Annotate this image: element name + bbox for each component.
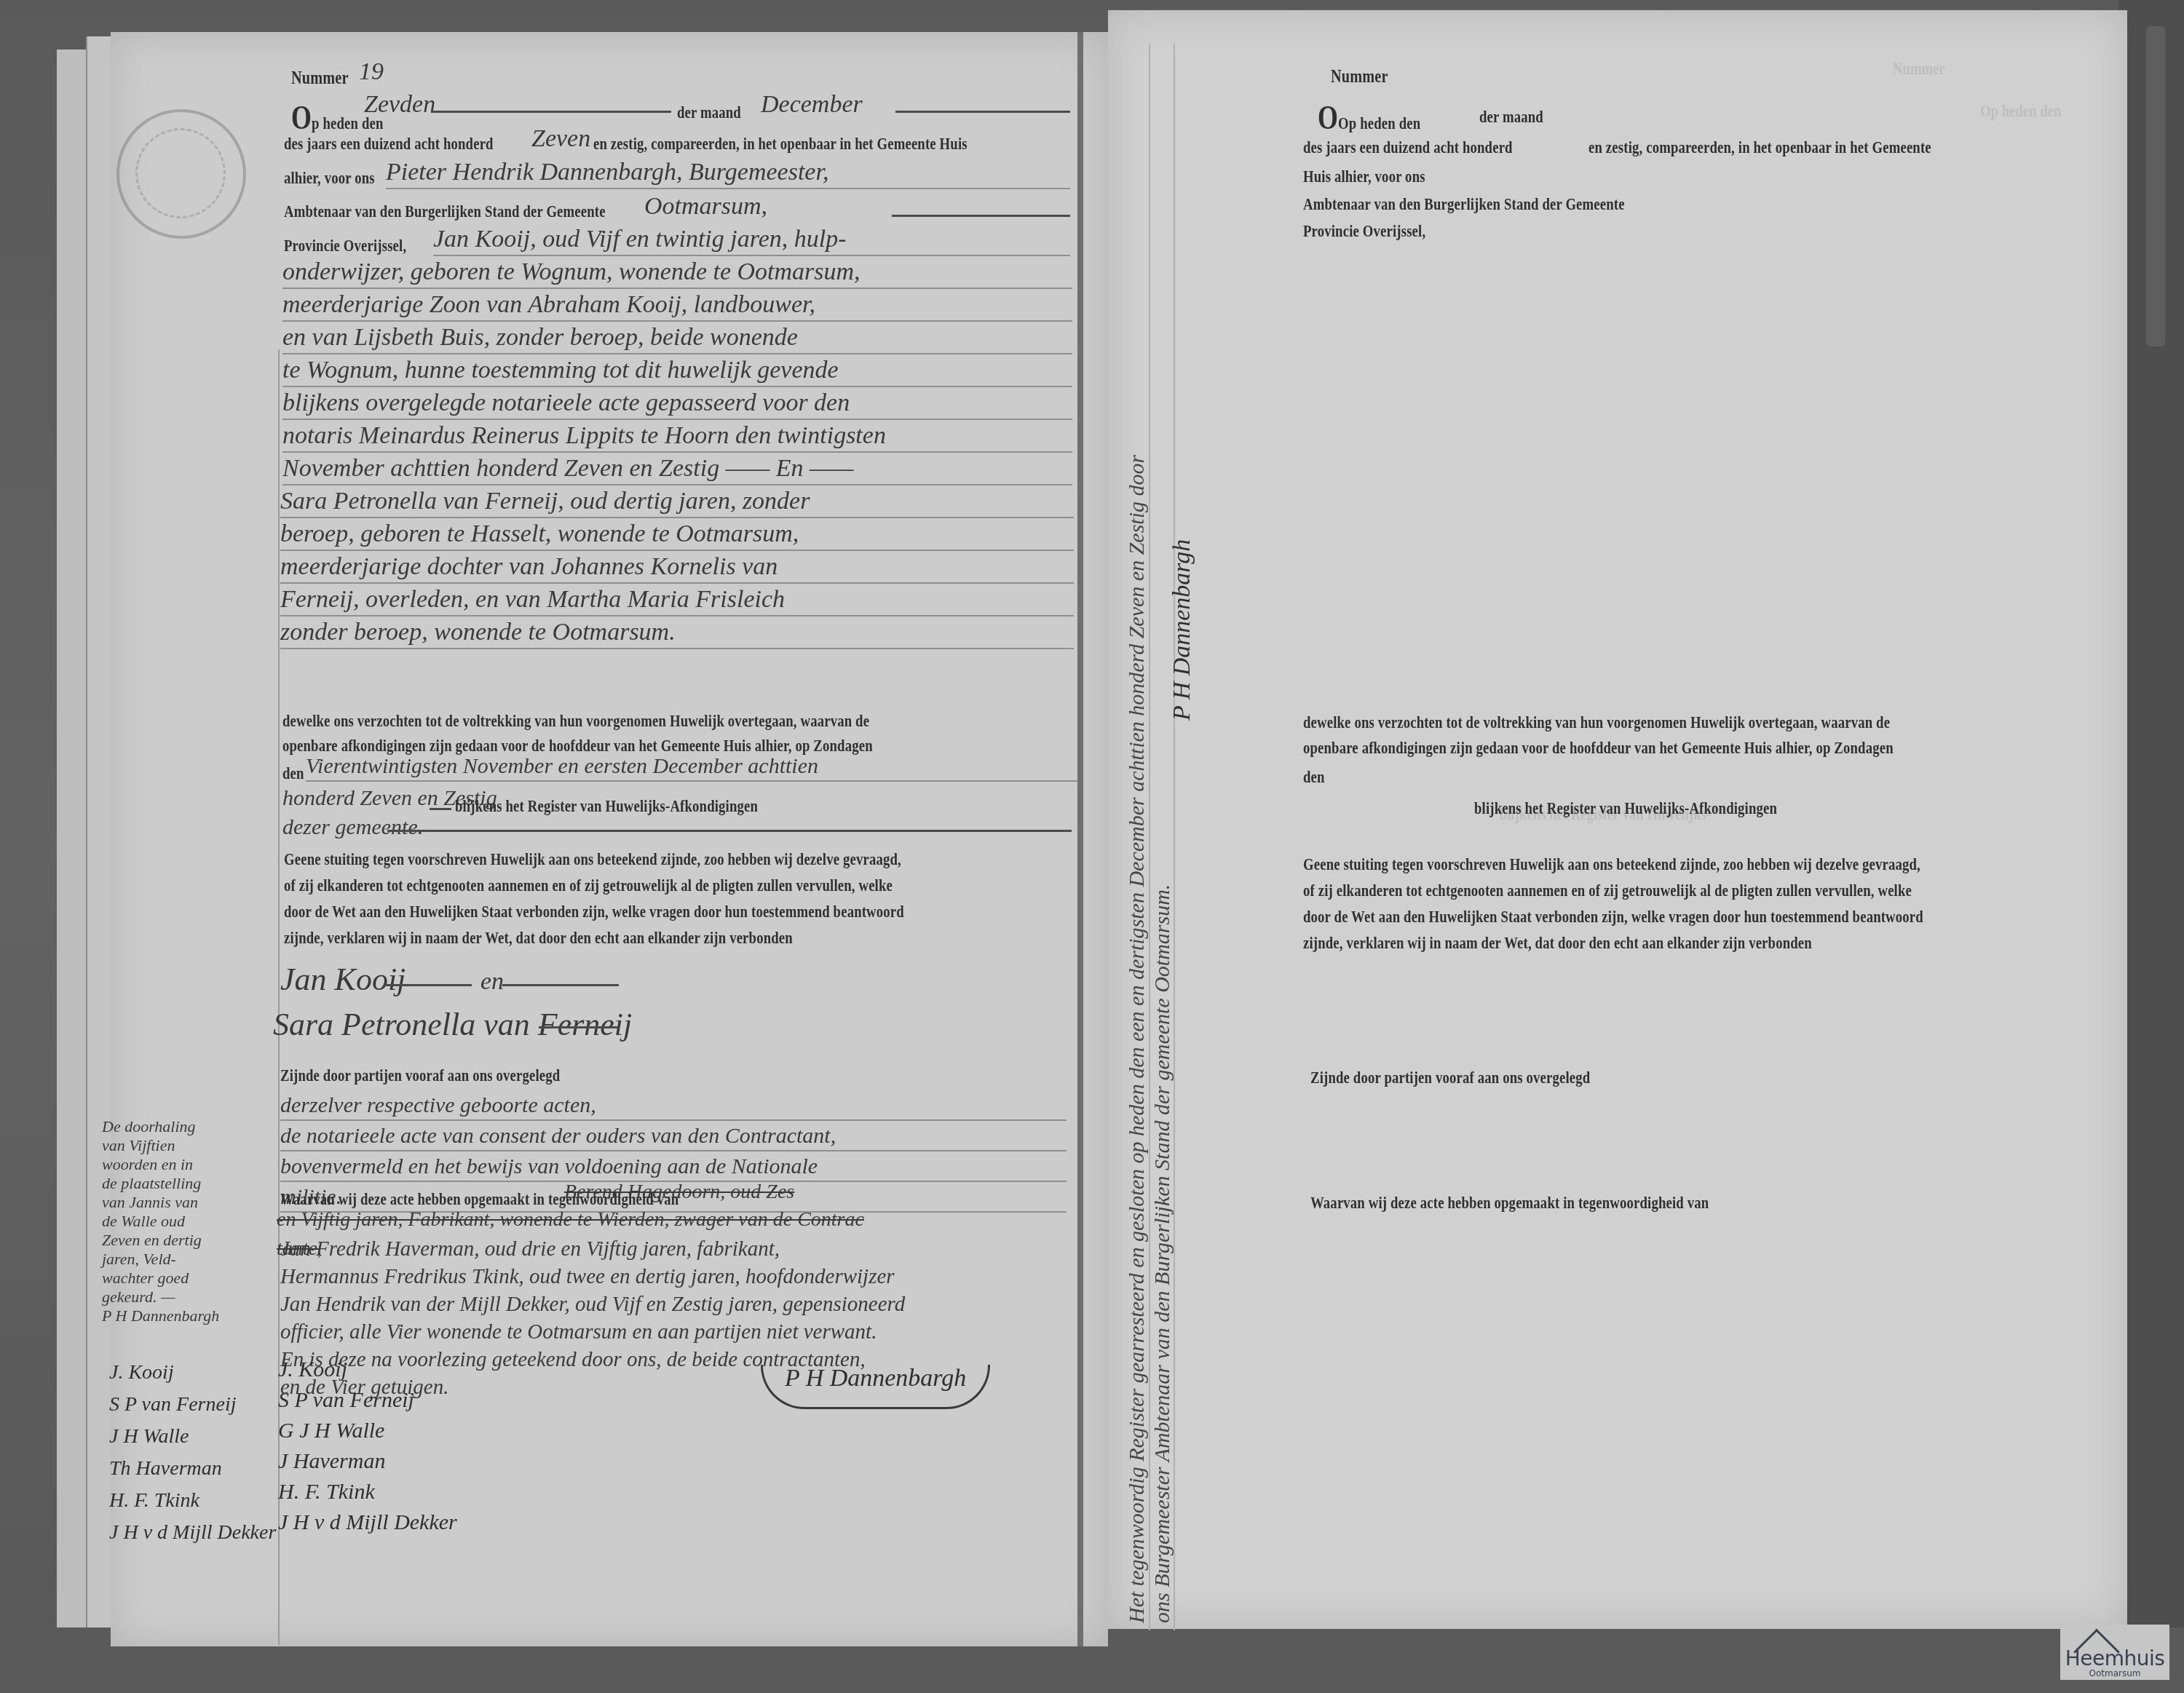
objection-line: of zij elkanderen tot echtgenooten aanne… [1303, 881, 1912, 901]
signature: H. F. Tkink [109, 1489, 199, 1512]
witness-line: Hermannus Fredrikus Tkink, oud twee en d… [280, 1265, 895, 1289]
document-line: derzelver respective geboorte acten, [280, 1093, 1067, 1121]
document-line: bovenvermeld en het bewijs van voldoenin… [280, 1154, 1067, 1182]
signature: S P van Ferneij [109, 1393, 236, 1416]
objection-line: Geene stuiting tegen voorschreven Huweli… [284, 850, 901, 870]
closing-note-line: ons Burgemeester Ambtenaar van den Burge… [1150, 884, 1175, 1623]
margin-note-line: woorden en in [102, 1155, 193, 1174]
label: Huis alhier, voor ons [1303, 167, 1425, 187]
bride-detail-line: zonder beroep, wonende te Ootmarsum. [280, 619, 1074, 649]
groom-detail-line: te Wognum, hunne toestemming tot dit huw… [282, 357, 1072, 387]
document-line: de notarieele acte van consent der ouder… [280, 1124, 1067, 1151]
label: blijkens het Register van Huwelijks-Afko… [1474, 799, 1777, 819]
closing-signature: P H Dannenbargh [1168, 539, 1196, 721]
objection-line: door de Wet aan den Huwelijken Staat ver… [1303, 908, 1923, 927]
struck-witness: Berend Hagedoorn, oud Zes [564, 1181, 794, 1204]
margin-note-line: wachter goed [102, 1269, 189, 1288]
objection-line: door de Wet aan den Huwelijken Staat ver… [284, 903, 904, 922]
witness-line: Jan Hendrik van der Mijll Dekker, oud Vi… [280, 1293, 905, 1317]
label: en zestig, compareerden, in het openbaar… [1588, 138, 1931, 158]
fill-line [430, 808, 451, 810]
label: alhier, voor ons [284, 169, 375, 189]
label: Provincie Overijssel, [284, 237, 406, 256]
label: Provincie Overijssel, [1303, 222, 1425, 242]
signature: J. Kooij [278, 1357, 347, 1382]
margin-note-line: van Vijftien [102, 1136, 175, 1155]
margin-note-line: jaren, Veld- [102, 1250, 176, 1269]
objection-line: Geene stuiting tegen voorschreven Huweli… [1303, 855, 1920, 875]
groom-detail-line: notaris Meinardus Reinerus Lippits te Ho… [282, 422, 1072, 453]
logo-name: Heemhuis [2060, 1646, 2169, 1670]
signature: J H v d Mijll Dekker [109, 1521, 276, 1545]
signature: H. F. Tkink [278, 1480, 375, 1504]
year-value: Zeven [531, 125, 590, 153]
signature: G J H Walle [278, 1419, 384, 1443]
fill-line [539, 1026, 619, 1028]
proclamation-place: dezer gemeente. [282, 815, 423, 840]
fill-line [895, 111, 1070, 113]
bride-detail-line: beroep, geboren te Hasselt, wonende te O… [280, 520, 1074, 551]
fill-line [502, 984, 619, 986]
struck-witness: en Vijftig jaren, Fabrikant, wonende te … [277, 1208, 864, 1232]
label: Waarvan wij deze acte hebben opgemaakt i… [1310, 1194, 1709, 1213]
signature: S P van Ferneij [278, 1388, 414, 1413]
witness-line: Jan Fredrik Haverman, oud drie en Vijfti… [280, 1237, 780, 1261]
conjunction: en [480, 968, 504, 996]
bride-detail-line: meerderjarige dochter van Johannes Korne… [280, 553, 1074, 584]
groom-name: Jan Kooij [280, 961, 405, 998]
groom-intro: Jan Kooij, oud Vijf en twintig jaren, hu… [433, 226, 1070, 256]
proclamation-text: openbare afkondigingen zijn gedaan voor … [1303, 739, 1894, 758]
bride-detail-line: Sara Petronella van Ferneij, oud dertig … [280, 488, 1074, 518]
signature: Th Haverman [109, 1457, 222, 1480]
label: Ambtenaar van den Burgerlijken Stand der… [284, 202, 606, 222]
bride-detail-line: Ferneij, overleden, en van Martha Maria … [280, 586, 1074, 616]
margin-note-line: P H Dannenbargh [102, 1307, 219, 1325]
label: des jaars een duizend acht honderd [284, 135, 494, 154]
fill-line [892, 215, 1070, 217]
label: Ambtenaar van den Burgerlijken Stand der… [1303, 195, 1625, 215]
municipality: Ootmarsum, [644, 193, 767, 221]
groom-detail-line: onderwijzer, geboren te Wognum, wonende … [282, 258, 1072, 289]
signature: J. Kooij [109, 1361, 174, 1384]
label: der maand [677, 103, 741, 123]
record-number-label: Nummer [291, 67, 349, 89]
margin-note-line: De doorhaling [102, 1117, 196, 1136]
proclamation-dates: Vierentwintigsten November en eersten De… [306, 754, 1077, 782]
signature: J H v d Mijll Dekker [278, 1510, 457, 1535]
objection-line: zijnde, verklaren wij in naam der Wet, d… [284, 929, 793, 948]
official-name: Pieter Hendrik Dannenbargh, Burgemeester… [386, 159, 1070, 189]
month-value: December [761, 91, 863, 119]
objection-line: zijnde, verklaren wij in naam der Wet, d… [1303, 934, 1812, 953]
margin-note-line: de plaatstelling [102, 1174, 201, 1193]
margin-note-line: van Jannis van [102, 1193, 198, 1212]
closing-note-line: Het tegenwoordig Register gearresteerd e… [1125, 455, 1150, 1623]
proclamation-text: dewelke ons verzochten tot de voltrekkin… [1303, 713, 1890, 733]
label: der maand [1479, 108, 1543, 127]
label: Zijnde door partijen vooraf aan ons over… [280, 1066, 560, 1086]
groom-detail-line: blijkens overgelegde notarieele acte gep… [282, 389, 1072, 420]
label: des jaars een duizend acht honderd [1303, 138, 1513, 158]
margin-note-line: Zeven en dertig [102, 1231, 202, 1250]
signature: J Haverman [278, 1449, 385, 1474]
day-value: Zevden [364, 91, 435, 119]
page-fold-rule [1077, 32, 1083, 1646]
label: blijkens het Register van Huwelijks-Afko… [455, 797, 758, 817]
record-number: 19 [359, 58, 384, 86]
margin-note-line: gekeurd. — [102, 1288, 175, 1307]
proclamation-text: dewelke ons verzochten tot de voltrekkin… [282, 712, 869, 731]
proclamation-text: openbare afkondigingen zijn gedaan voor … [282, 737, 873, 756]
witness-line: officier, alle Vier wonende te Ootmarsum… [280, 1320, 877, 1344]
groom-detail-line: meerderjarige Zoon van Abraham Kooij, la… [282, 291, 1072, 322]
label: en zestig, compareerden, in het openbaar… [593, 135, 968, 154]
groom-detail-line: November achttien honderd Zeven en Zesti… [282, 455, 1072, 485]
label: den [1303, 768, 1325, 788]
fill-line [431, 111, 671, 113]
label: den [282, 764, 304, 784]
signature: J H Walle [109, 1425, 189, 1448]
seal-stamp [116, 109, 246, 239]
logo-subtitle: Ootmarsum [2060, 1668, 2169, 1678]
bride-name: Sara Petronella van Ferneij [273, 1006, 632, 1043]
mayor-signature: P H Dannenbargh [761, 1365, 990, 1409]
fill-line [387, 830, 1072, 832]
record-number-label: Nummer [1331, 66, 1388, 87]
groom-detail-line: en van Lijsbeth Buis, zonder beroep, bei… [282, 324, 1072, 354]
fill-line [384, 984, 472, 986]
date-line: OOp heden den [1318, 98, 1420, 137]
margin-note-line: de Walle oud [102, 1212, 185, 1231]
objection-line: of zij elkanderen tot echtgenooten aanne… [284, 876, 893, 896]
label: Zijnde door partijen vooraf aan ons over… [1310, 1068, 1590, 1088]
binding-strap [2146, 26, 2165, 346]
heemhuis-watermark-logo: Heemhuis Ootmarsum [2060, 1625, 2169, 1680]
